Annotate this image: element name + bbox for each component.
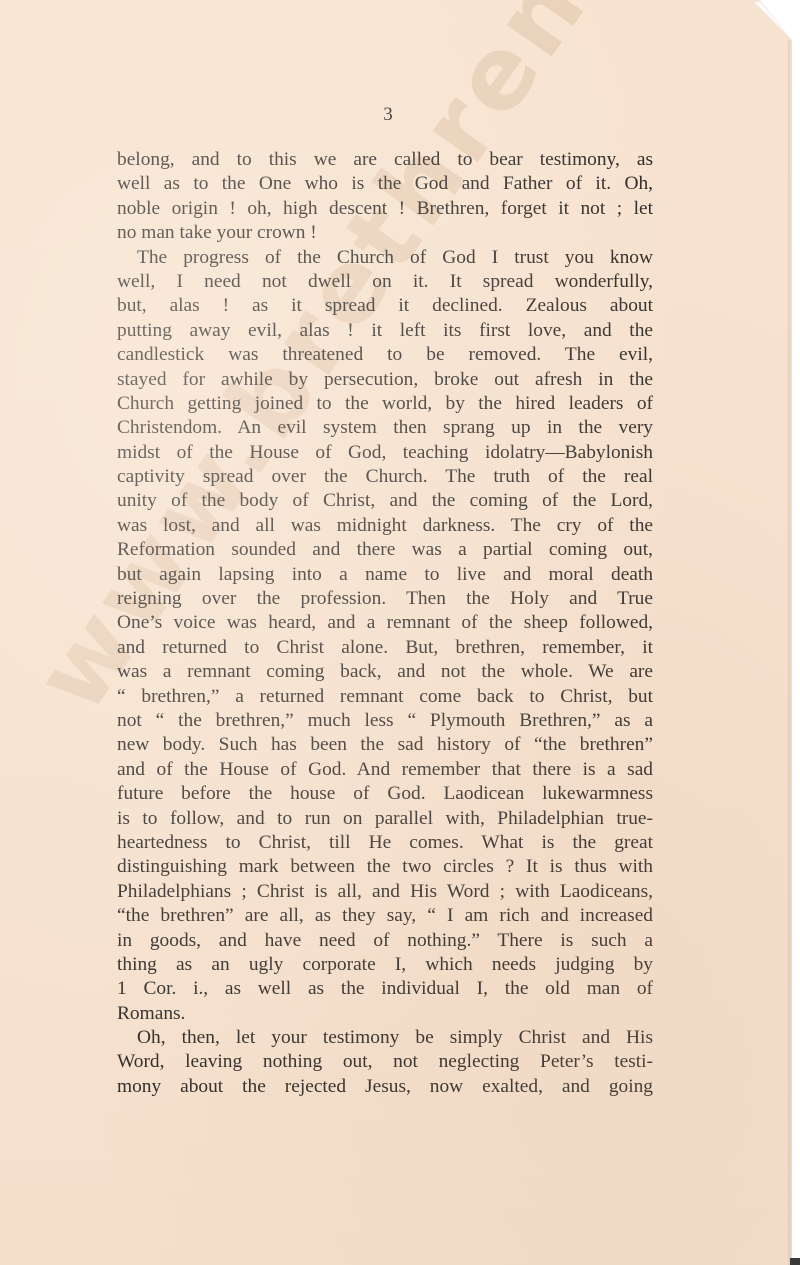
text-line: not “ the brethren,” much less “ Plymout… (117, 709, 653, 733)
text-line: no man take your crown ! (117, 221, 653, 245)
text-line: noble origin ! oh, high descent ! Brethr… (117, 197, 653, 221)
text-line: Church getting joined to the world, by t… (117, 392, 653, 416)
text-line: captivity spread over the Church. The tr… (117, 465, 653, 489)
scan-edge-mark (790, 1258, 800, 1265)
text-line: was lost, and all was midnight darkness.… (117, 514, 653, 538)
text-line: well as to the One who is the God and Fa… (117, 172, 653, 196)
text-line: heartedness to Christ, till He comes. Wh… (117, 831, 653, 855)
text-line: new body. Such has been the sad history … (117, 733, 653, 757)
text-line: stayed for awhile by persecution, broke … (117, 368, 653, 392)
text-line: “ brethren,” a returned remnant come bac… (117, 685, 653, 709)
text-line: Word, leaving nothing out, not neglectin… (117, 1050, 653, 1074)
text-line: mony about the rejected Jesus, now exalt… (117, 1075, 653, 1099)
text-line: distinguishing mark between the two circ… (117, 855, 653, 879)
text-line: reigning over the profession. Then the H… (117, 587, 653, 611)
text-line: putting away evil, alas ! it left its fi… (117, 319, 653, 343)
text-line: Oh, then, let your testimony be simply C… (117, 1026, 653, 1050)
page-edge-shadow (788, 40, 792, 1265)
text-line: Romans. (117, 1002, 653, 1026)
text-line: was a remnant coming back, and not the w… (117, 660, 653, 684)
text-line: belong, and to this we are called to bea… (117, 148, 653, 172)
text-line: unity of the body of Christ, and the com… (117, 489, 653, 513)
body-text: belong, and to this we are called to bea… (117, 148, 653, 1099)
text-line: future before the house of God. Laodicea… (117, 782, 653, 806)
text-line: is to follow, and to run on parallel wit… (117, 807, 653, 831)
page-number: 3 (0, 104, 776, 126)
text-line: The progress of the Church of God I trus… (117, 246, 653, 270)
text-line: Reformation sounded and there was a part… (117, 538, 653, 562)
text-line: Philadelphians ; Christ is all, and His … (117, 880, 653, 904)
text-line: One’s voice was heard, and a remnant of … (117, 611, 653, 635)
text-line: “the brethren” are all, as they say, “ I… (117, 904, 653, 928)
scanned-page: www.brethrenarchive.org 3 belong, and to… (0, 0, 792, 1265)
text-line: and returned to Christ alone. But, breth… (117, 636, 653, 660)
text-line: in goods, and have need of nothing.” The… (117, 929, 653, 953)
text-line: well, I need not dwell on it. It spread … (117, 270, 653, 294)
text-line: but again lapsing into a name to live an… (117, 563, 653, 587)
text-line: 1 Cor. i., as well as the individual I, … (117, 977, 653, 1001)
text-line: Christendom. An evil system then sprang … (117, 416, 653, 440)
text-line: but, alas ! as it spread it declined. Ze… (117, 294, 653, 318)
text-line: midst of the House of God, teaching idol… (117, 441, 653, 465)
text-line: candlestick was threatened to be removed… (117, 343, 653, 367)
text-line: thing as an ugly corporate I, which need… (117, 953, 653, 977)
text-line: and of the House of God. And remember th… (117, 758, 653, 782)
